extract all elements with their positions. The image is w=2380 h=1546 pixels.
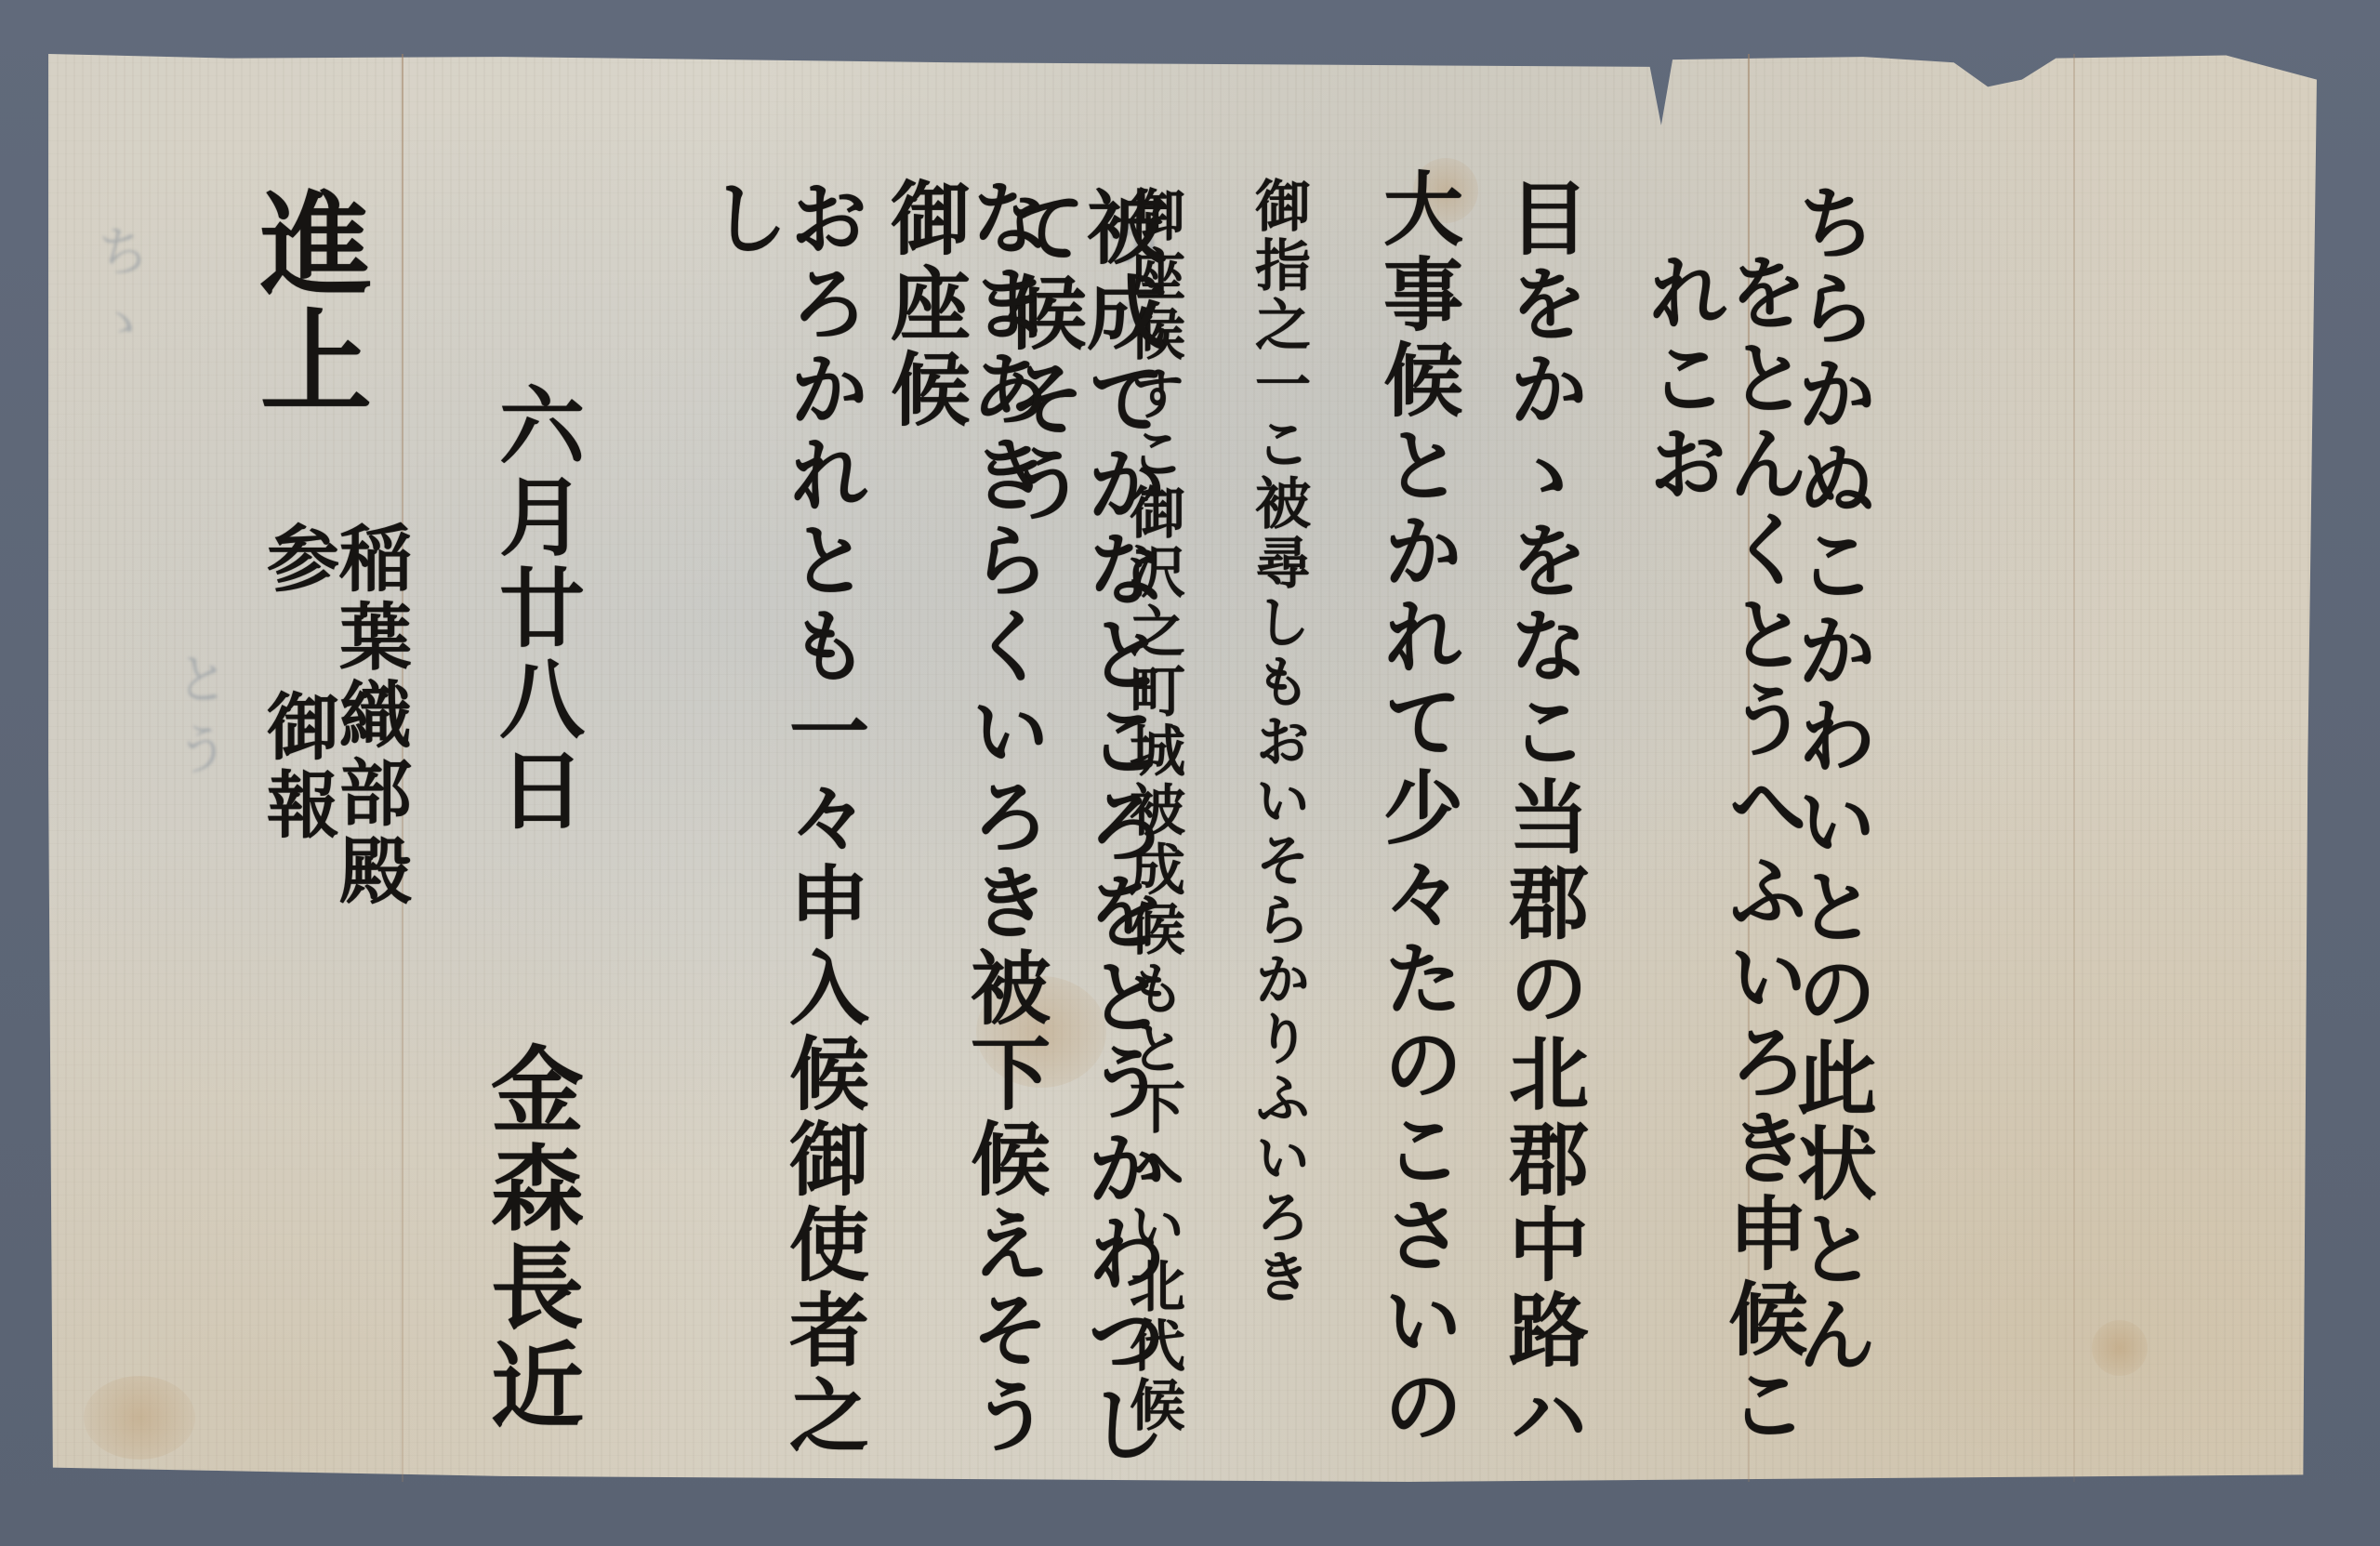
letter-signature: 金森長近 [483,1041,576,1469]
letter-column-9: おろかれとも一々申入候御使者之し [702,177,862,1478]
letter-column-3: 目をかゝをなこ当郡の北郡中路ハ [1501,177,1581,1460]
address-recipient: 稲葉織部殿 参 御報 [260,521,405,1004]
letter-column-4: 大事候とかれて少々たのこさいの [1376,167,1456,1450]
foxing-stain [2092,1320,2148,1376]
paper-crease-far-right [2073,54,2075,1482]
bleed-through-text: とう [167,651,227,792]
letter-column-5: 御指之一こ被尋しもおいそらかりふいろき [1250,177,1306,1450]
letter-date: 六月廿八日 [493,381,578,865]
letter-column-8: なまあきらくいろき被下候えそう御座候 [883,177,1043,1469]
bleed-through-text: ちゝ [88,223,148,364]
letter-column-2: をとんくとうへふいろき申候これこお [1641,251,1801,1478]
address-heading: 進上 [251,186,363,465]
foxing-stain [84,1376,195,1460]
